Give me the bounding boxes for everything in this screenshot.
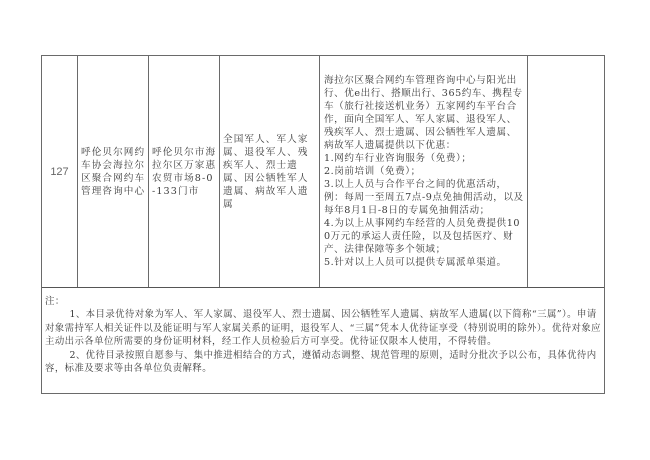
address-cell: 呼伦贝尔市海拉尔区万家惠农贸市场8-0-133门市 bbox=[149, 56, 220, 287]
benefit-item: 5.针对以上人员可以提供专属派单渠道。 bbox=[324, 256, 524, 269]
remark-cell bbox=[528, 56, 605, 287]
organization-name: 呼伦贝尔网约车协会海拉尔区聚合网约车管理咨询中心 bbox=[78, 146, 148, 198]
address: 呼伦贝尔市海拉尔区万家惠农贸市场8-0-133门市 bbox=[149, 146, 219, 198]
notes-section: 注： 1、本目录优待对象为军人、军人家属、退役军人、烈士遗属、因公牺牲军人遗属、… bbox=[41, 287, 605, 394]
benefits-content: 海拉尔区聚合网约车管理咨询中心与阳光出行、优e出行、搭顺出行、365约车、携程专… bbox=[320, 74, 527, 269]
note-item: 1、本目录优待对象为军人、军人家属、退役军人、烈士遗属、因公牺牲军人遗属、病故军… bbox=[45, 308, 601, 348]
table-row: 127 呼伦贝尔网约车协会海拉尔区聚合网约车管理咨询中心 呼伦贝尔市海拉尔区万家… bbox=[41, 55, 605, 288]
target-cell: 全国军人、军人家属、退役军人、残疾军人、烈士遗属、因公牺牲军人遗属、病故军人遗属 bbox=[220, 56, 320, 287]
benefit-item: 1.网约车行业咨询服务（免费）； bbox=[324, 152, 524, 165]
benefit-item: 3.以上人员与合作平台之间的优惠活动，例：每周一至周五7点-9点免抽佣活动，以及… bbox=[324, 178, 524, 217]
organization-cell: 呼伦贝尔网约车协会海拉尔区聚合网约车管理咨询中心 bbox=[78, 56, 149, 287]
target-groups: 全国军人、军人家属、退役军人、残疾军人、烈士遗属、因公牺牲军人遗属、病故军人遗属 bbox=[220, 133, 319, 211]
benefit-item: 2.岗前培训（免费）； bbox=[324, 165, 524, 178]
row-index: 127 bbox=[50, 166, 68, 178]
index-cell: 127 bbox=[42, 56, 78, 287]
notes-heading: 注： bbox=[45, 295, 601, 308]
benefits-cell: 海拉尔区聚合网约车管理咨询中心与阳光出行、优e出行、搭顺出行、365约车、携程专… bbox=[320, 56, 528, 287]
note-item: 2、优待目录按照自愿参与、集中推进相结合的方式，遵循动态调整、规范管理的原则，适… bbox=[45, 349, 601, 376]
benefit-item: 4.为以上从事网约车经营的人员免费提供100万元的承运人责任险，以及包括医疗、财… bbox=[324, 217, 524, 256]
discount-table: 127 呼伦贝尔网约车协会海拉尔区聚合网约车管理咨询中心 呼伦贝尔市海拉尔区万家… bbox=[41, 55, 605, 394]
benefits-intro: 海拉尔区聚合网约车管理咨询中心与阳光出行、优e出行、搭顺出行、365约车、携程专… bbox=[324, 74, 524, 152]
